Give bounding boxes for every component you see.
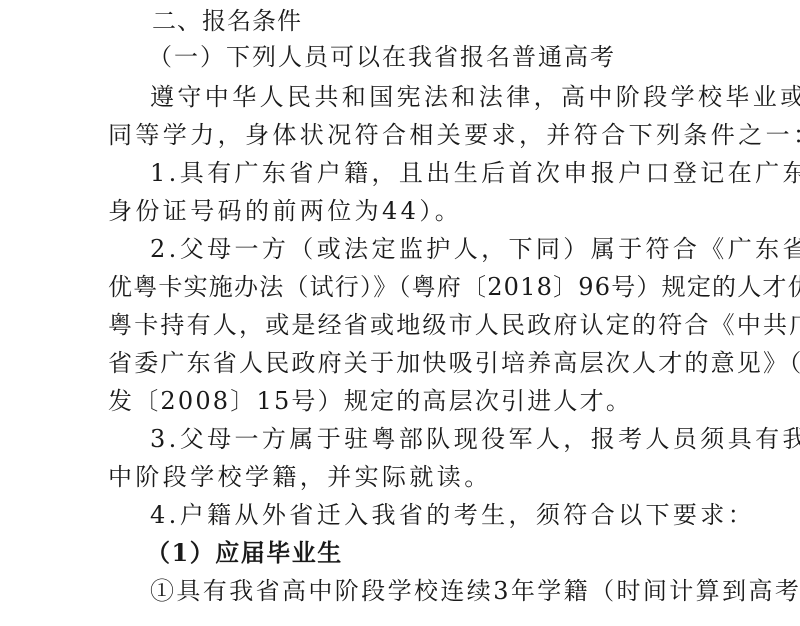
paragraph-line: 优粤卡实施办法（试行）》（粤府〔2018〕96号）规定的人才优: [108, 272, 708, 302]
list-item-4: 4.户籍从外省迁入我省的考生，须符合以下要求：: [150, 500, 750, 530]
document-page: 二、报名条件 （一）下列人员可以在我省报名普通高考 遵守中华人民共和国宪法和法律…: [0, 0, 800, 626]
section-heading: 二、报名条件: [152, 6, 752, 36]
sub-heading-fresh-graduates: （1）应届毕业生: [146, 538, 746, 568]
paragraph-line: 粤卡持有人，或是经省或地级市人民政府认定的符合《中共广东: [108, 310, 708, 340]
paragraph-line: ①具有我省高中阶段学校连续3年学籍（时间计算到高考当: [150, 576, 750, 606]
paragraph-line: 同等学力，身体状况符合相关要求，并符合下列条件之一：: [108, 120, 708, 150]
paragraph-line: 省委广东省人民政府关于加快吸引培养高层次人才的意见》（粤: [108, 348, 708, 378]
subsection-heading: （一）下列人员可以在我省报名普通高考: [148, 42, 748, 72]
list-item-2: 2.父母一方（或法定监护人，下同）属于符合《广东省人才: [150, 234, 750, 264]
paragraph-line: 发〔2008〕15号）规定的高层次引进人才。: [108, 386, 708, 416]
list-item-3: 3.父母一方属于驻粤部队现役军人，报考人员须具有我省高: [150, 424, 750, 454]
paragraph-line: 遵守中华人民共和国宪法和法律，高中阶段学校毕业或具有: [150, 82, 750, 112]
list-item-1: 1.具有广东省户籍，且出生后首次申报户口登记在广东（即: [150, 158, 750, 188]
paragraph-line: 中阶段学校学籍，并实际就读。: [108, 462, 708, 492]
paragraph-line: 身份证号码的前两位为44）。: [108, 196, 708, 226]
